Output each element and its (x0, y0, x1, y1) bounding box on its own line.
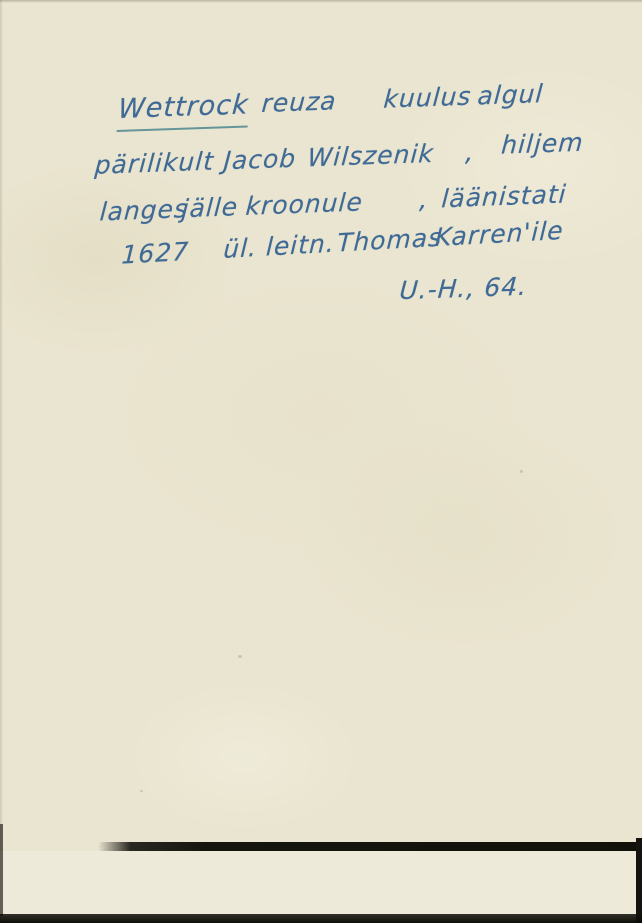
handwritten-word: läänistati (441, 179, 568, 213)
handwritten-word-title: Wettrock (117, 89, 250, 132)
handwritten-word: Karren'ile (434, 216, 564, 252)
handwritten-word: kuulus (383, 82, 473, 114)
scan-edge-left (0, 0, 3, 923)
paper-speck (238, 655, 242, 658)
handwritten-word: kroonule (245, 187, 364, 221)
scan-shadow-band (98, 842, 642, 851)
handwritten-word: algul (477, 79, 545, 110)
handwritten-word: langes (99, 194, 189, 226)
handwritten-signature: U.-H., 64. (399, 272, 529, 306)
scan-edge-top (0, 0, 642, 3)
paper-speck (520, 470, 523, 473)
handwritten-word: hiljem (500, 128, 584, 160)
handwritten-comma: , (419, 185, 430, 214)
handwritten-word: reuza (261, 86, 338, 118)
paper-speck (140, 790, 143, 792)
handwritten-year: 1627 (121, 237, 190, 270)
handwritten-word: jälle (181, 192, 239, 223)
handwritten-word: Wilszenik (307, 139, 435, 173)
handwritten-word: pärilikult (94, 147, 215, 180)
scanned-document-page: Wettrock reuza kuulus algul pärilikult J… (0, 0, 642, 923)
handwritten-word: Jacob (223, 144, 298, 176)
underlying-sheet (0, 851, 636, 915)
scan-edge-right (636, 838, 642, 923)
handwritten-word: Thomas (337, 223, 443, 258)
handwritten-comma: , (465, 137, 476, 166)
scan-edge-left-lower (0, 824, 3, 916)
handwritten-word: ül. leitn. (223, 229, 336, 264)
scan-edge-bottom (0, 914, 642, 923)
